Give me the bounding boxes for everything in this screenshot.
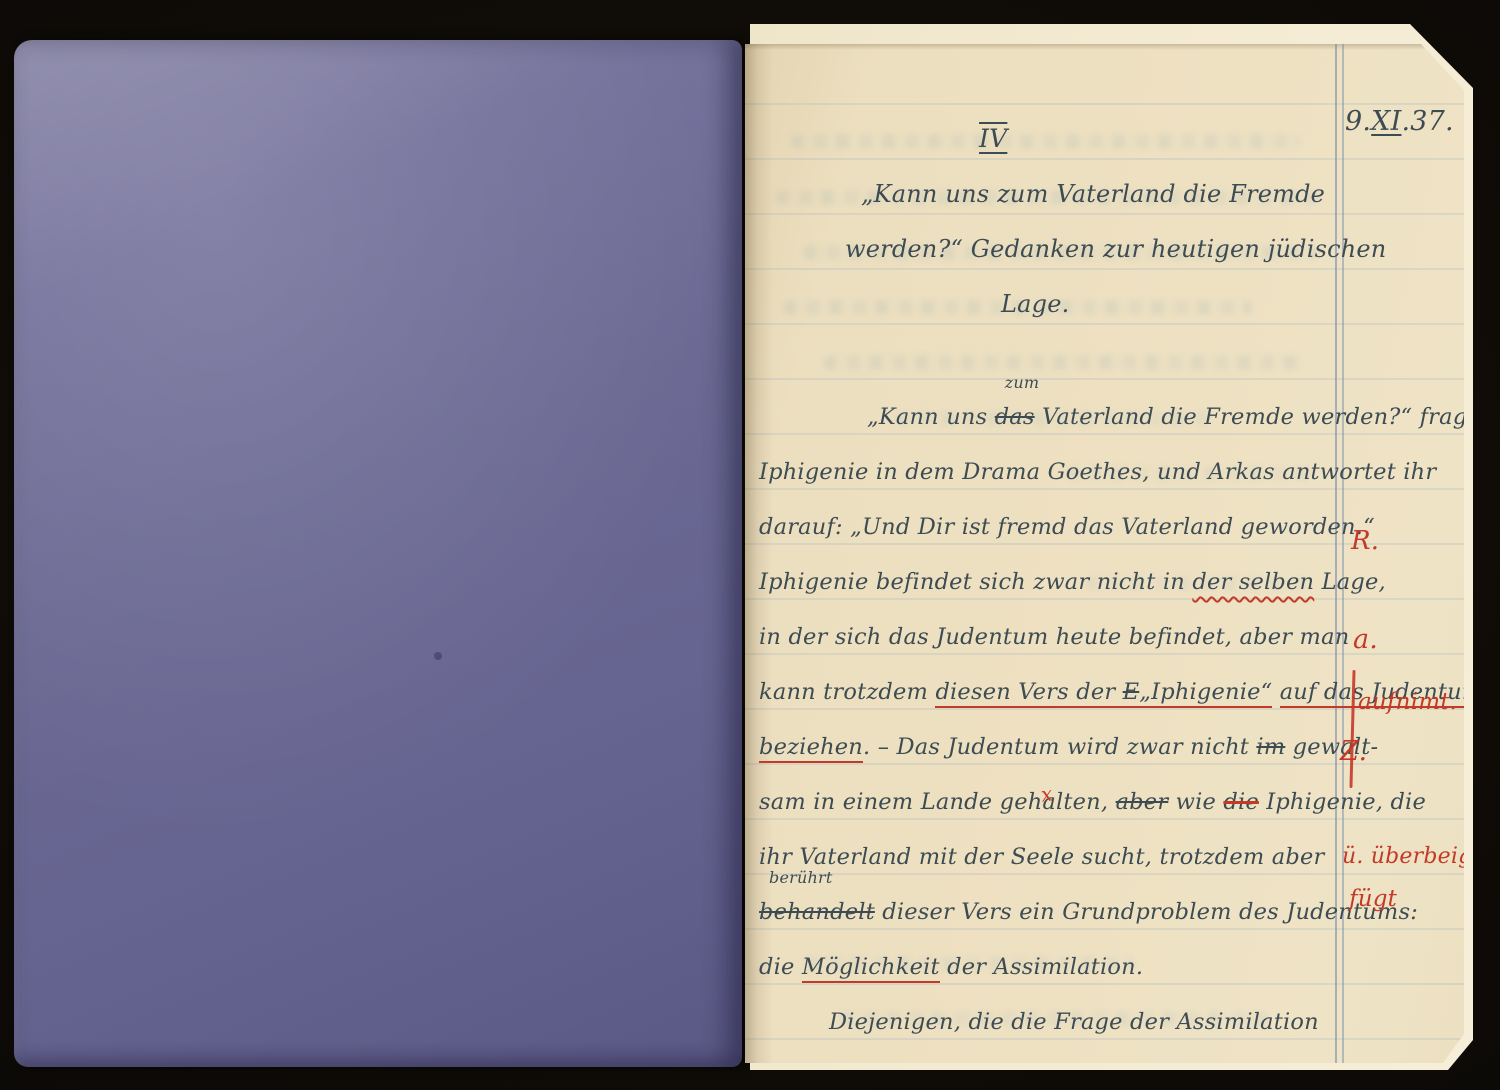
manuscript-line: Iphigenie befindet sich zwar nicht in de… <box>759 557 1386 612</box>
manuscript-page: 9.XI.37. IV „Kann uns zum Vaterland die … <box>745 44 1464 1063</box>
text-segment: ihr Vaterland mit der Seele sucht, trotz… <box>759 844 1324 870</box>
text-segment: Iphigenie, die <box>1259 789 1426 815</box>
manuscript-line: „Kann uns zumdas Vaterland die Fremde we… <box>867 392 1477 447</box>
date-annotation: 9.XI.37. <box>1345 106 1454 137</box>
manuscript-line: berührtbehandelt dieser Vers ein Grundpr… <box>759 887 1418 942</box>
text-segment: Möglichkeit <box>802 954 940 983</box>
margin-note-aufnimt: aufnimt. <box>1358 689 1457 715</box>
inserted-word: zum <box>1005 375 1040 391</box>
text-segment: kann trotzdem <box>759 679 935 705</box>
show-through-smudge <box>823 355 1303 370</box>
text-segment: sam in einem Lande gehalten, <box>759 789 1116 815</box>
manuscript-line: beziehen. – Das Judentum wird zwar nicht… <box>759 722 1378 777</box>
text-segment: Iphigenie befindet sich zwar nicht in <box>759 569 1192 595</box>
essay-title-line: „Kann uns zum Vaterland die Fremde <box>861 180 1325 208</box>
manuscript-line: sam in einem Lande gehalten, aber wie di… <box>759 777 1426 832</box>
manuscript-line: ihr Vaterland mit der Seele sucht, trotz… <box>759 832 1324 887</box>
text-segment: behandelt <box>759 899 875 925</box>
text-segment: Iphigenie in dem Drama Goethes, und Arka… <box>759 459 1436 485</box>
manuscript-line: Diejenigen, die die Frage der Assimilati… <box>829 997 1319 1052</box>
text-segment: die <box>1223 789 1259 815</box>
text-segment: Vaterland die Fremde werden?“ fragt <box>1035 404 1477 430</box>
section-numeral: IV <box>979 124 1007 153</box>
date-month-roman: XI <box>1371 106 1401 137</box>
manuscript-line: die Möglichkeit der Assimilation. <box>759 942 1143 997</box>
date-year: .37. <box>1401 106 1453 137</box>
page-top-edge <box>745 44 1464 50</box>
text-segment: „Iphigenie“ <box>1139 679 1272 708</box>
text-segment: wie <box>1168 789 1223 815</box>
inserted-word: berührt <box>769 870 832 886</box>
manuscript-line: in der sich das Judentum heute befindet,… <box>759 612 1349 667</box>
text-segment: der selben <box>1192 569 1314 595</box>
text-segment: darauf: „Und Dir ist fremd das Vaterland… <box>759 514 1375 540</box>
text-segment: diesen Vers der <box>935 679 1122 708</box>
corrected-word: zumdas <box>995 392 1035 442</box>
show-through-smudge <box>790 134 1300 149</box>
text-segment: der Assimilation. <box>940 954 1144 980</box>
text-segment: im <box>1256 734 1285 760</box>
margin-note-a: a. <box>1353 624 1378 655</box>
text-segment: dieser Vers ein Grundproblem des Judentu… <box>875 899 1418 925</box>
text-segment: E <box>1123 679 1140 708</box>
margin-note-R: R. <box>1351 526 1379 556</box>
notebook-cover <box>14 40 742 1067</box>
text-segment: die <box>759 954 802 980</box>
manuscript-line: darauf: „Und Dir ist fremd das Vaterland… <box>759 502 1375 557</box>
text-segment: beziehen <box>759 734 863 763</box>
date-day: 9. <box>1345 106 1371 137</box>
text-segment: aber <box>1116 789 1169 815</box>
photo-backdrop: 9.XI.37. IV „Kann uns zum Vaterland die … <box>0 0 1500 1090</box>
essay-title-line: Lage. <box>1001 290 1069 318</box>
text-segment: . – Das Judentum wird zwar nicht <box>863 734 1256 760</box>
margin-note-Z: Z. <box>1340 736 1367 767</box>
margin-note-line2: fügt <box>1349 886 1397 912</box>
text-segment: Lage, <box>1314 569 1386 595</box>
cover-speck <box>434 652 442 660</box>
text-segment: das <box>995 404 1035 430</box>
manuscript-line: Iphigenie in dem Drama Goethes, und Arka… <box>759 447 1436 502</box>
text-segment <box>1272 679 1279 705</box>
corrected-word: berührtbehandelt <box>759 887 875 937</box>
text-segment: in der sich das Judentum heute befindet,… <box>759 624 1349 650</box>
essay-title-line: werden?“ Gedanken zur heutigen jüdischen <box>845 235 1386 263</box>
text-segment: „Kann uns <box>867 404 995 430</box>
text-segment: Diejenigen, die die Frage der Assimilati… <box>829 1009 1319 1035</box>
